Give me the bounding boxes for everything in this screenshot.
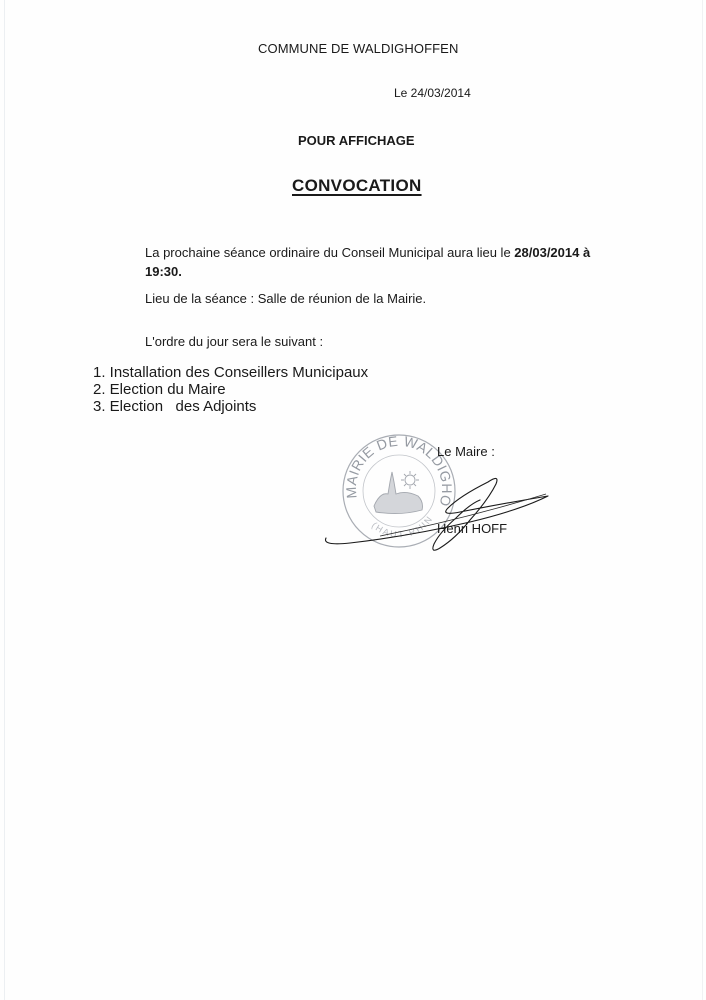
announcement-text: La prochaine séance ordinaire du Conseil… xyxy=(145,245,514,260)
agenda-item: 2. Election du Maire xyxy=(93,381,368,398)
commune-header: COMMUNE DE WALDIGHOFFEN xyxy=(258,41,458,56)
document-page: COMMUNE DE WALDIGHOFFEN Le 24/03/2014 PO… xyxy=(0,0,706,1000)
document-title: CONVOCATION xyxy=(292,176,422,196)
scan-edge-right xyxy=(702,0,703,1000)
agenda-item: 3. Election des Adjoints xyxy=(93,398,368,415)
signature-icon xyxy=(320,460,560,555)
agenda-intro: L'ordre du jour sera le suivant : xyxy=(145,332,323,351)
agenda-list: 1. Installation des Conseillers Municipa… xyxy=(93,364,368,415)
signatory-role: Le Maire : xyxy=(437,444,495,459)
scan-edge-left xyxy=(4,0,5,1000)
posting-label: POUR AFFICHAGE xyxy=(298,133,415,148)
meeting-announcement: La prochaine séance ordinaire du Conseil… xyxy=(145,243,595,281)
signatory-name: Henri HOFF xyxy=(437,521,507,536)
meeting-location: Lieu de la séance : Salle de réunion de … xyxy=(145,289,426,308)
document-date: Le 24/03/2014 xyxy=(394,86,471,100)
agenda-item: 1. Installation des Conseillers Municipa… xyxy=(93,364,368,381)
